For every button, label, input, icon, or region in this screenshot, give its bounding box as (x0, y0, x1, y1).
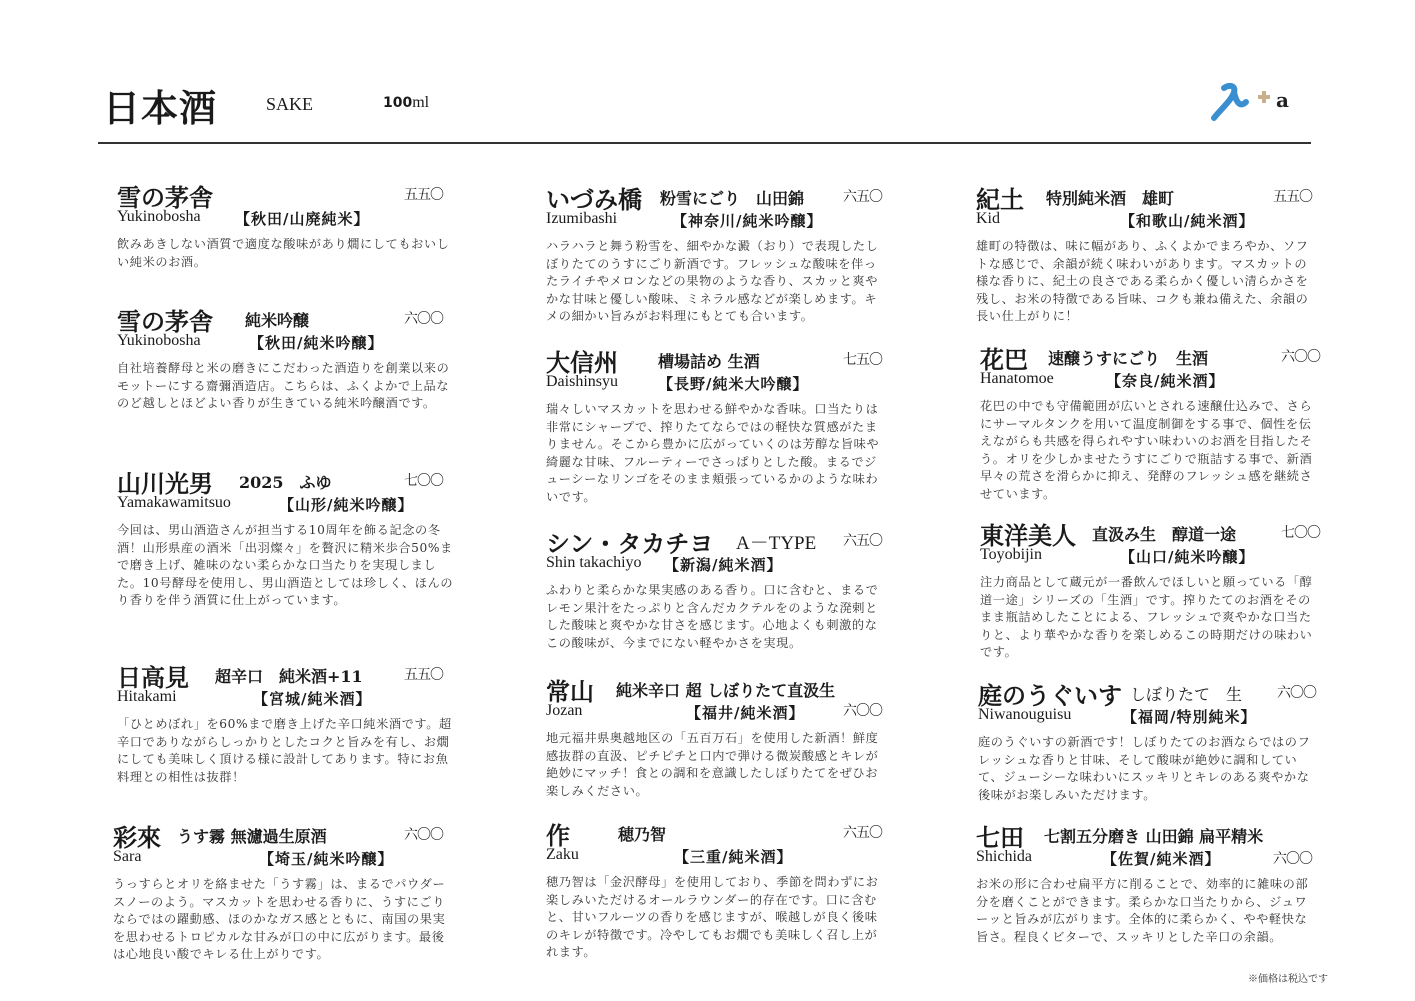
sake-subtitle: しぼりたて 生 (1130, 682, 1242, 705)
sake-subtitle: 純米吟醸 (245, 308, 309, 331)
sake-region: 【和歌山/純米酒】 (1120, 210, 1254, 231)
sake-subtitle: 特別純米酒 雄町 (1046, 186, 1174, 209)
sake-subtitle: 2025 ふゆ (239, 470, 332, 493)
sake-subtitle: 穂乃智 (618, 822, 666, 845)
sake-region: 【神奈川/純米吟醸】 (672, 210, 822, 231)
sake-region: 【埼玉/純米吟醸】 (259, 848, 393, 869)
sake-description: ハラハラと舞う粉雪を、細やかな澱（おり）で表現したしぼりたてのうすにごり新酒です… (546, 238, 886, 326)
sake-romaji: Shin takachiyo (546, 554, 642, 572)
sake-description: 瑞々しいマスカットを思わせる鮮やかな香味。口当たりは非常にシャープで、搾りたてな… (546, 401, 886, 506)
sake-description: ふわりと柔らかな果実感のある香り。口に含むと、まるでレモン果汁をたっぷりと含んだ… (546, 582, 886, 652)
sake-description: 自社培養酵母と米の磨きにこだわった酒造りを創業以来のモットーにする齋彌酒造店。こ… (117, 360, 457, 413)
page-title: 日本酒 (103, 78, 217, 132)
logo-mi-icon: a (1206, 80, 1316, 124)
menu-header: 日本酒 SAKE 100ml a (103, 78, 1313, 128)
sake-price: 六〇〇 (1277, 682, 1316, 702)
page-subtitle: SAKE (266, 94, 313, 115)
sake-price: 五五〇 (1273, 186, 1312, 206)
sake-price: 六〇〇 (1273, 848, 1312, 868)
menu-item: 彩來うす霧 無濾過生原酒六〇〇 Sara【埼玉/純米吟醸】 うっすらとオリを絡ま… (113, 818, 453, 964)
sake-subtitle: 速醸うすにごり 生酒 (1048, 346, 1208, 369)
sake-region: 【秋田/山廃純米】 (235, 208, 369, 229)
sake-romaji: Zaku (546, 846, 579, 864)
menu-item: 雪の茅舎純米吟醸六〇〇 Yukinobosha【秋田/純米吟醸】 自社培養酵母と… (117, 302, 457, 413)
sake-romaji: Jozan (546, 702, 582, 720)
sake-description: 穂乃智は「金沢酵母」を使用しており、季節を問わずにお楽しみいただけるオールラウン… (546, 874, 886, 962)
sake-romaji: Yukinobosha (117, 332, 201, 350)
sake-region: 【福井/純米酒】 (686, 702, 804, 723)
menu-item: 花巴速醸うすにごり 生酒六〇〇 Hanatomoe【奈良/純米酒】 花巴の中でも… (980, 340, 1320, 503)
sake-romaji: Niwanouguisu (978, 706, 1071, 724)
sake-price: 七五〇 (843, 349, 882, 369)
sake-subtitle: 直汲み生 醇道一途 (1092, 522, 1236, 545)
sake-region: 【福岡/特別純米】 (1122, 706, 1256, 727)
sake-subtitle: 七割五分磨き 山田錦 扁平精米 (1044, 824, 1263, 847)
sake-description: 「ひとめぼれ」を60%まで磨き上げた辛口純米酒です。超辛口でありながらしっかりと… (117, 716, 457, 786)
menu-item: 紀土特別純米酒 雄町五五〇 Kid【和歌山/純米酒】 雄町の特徴は、味に幅があり… (976, 180, 1316, 326)
sake-price: 六五〇 (843, 822, 882, 842)
sake-romaji: Kid (976, 210, 1000, 228)
menu-item: 大信州槽場詰め 生酒七五〇 Daishinsyu【長野/純米大吟醸】 瑞々しいマ… (546, 343, 886, 506)
sake-price: 六〇〇 (843, 700, 882, 720)
sake-price: 五五〇 (404, 664, 443, 684)
sake-subtitle: 超辛口 純米酒+11 (215, 664, 363, 687)
sake-region: 【山口/純米吟醸】 (1120, 546, 1254, 567)
sake-description: 飲みあきしない酒質で適度な酸味があり燗にしてもおいしい純米のお酒。 (117, 236, 457, 271)
svg-text:a: a (1276, 88, 1289, 112)
sake-description: 庭のうぐいすの新酒です！しぼりたてのお酒ならではのフレッシュな香りと甘味、そして… (978, 734, 1318, 804)
sake-description: 今回は、男山酒造さんが担当する10周年を飾る記念の冬酒！山形県産の酒米「出羽燦々… (117, 522, 457, 610)
sake-price: 五五〇 (404, 184, 443, 204)
sake-region: 【秋田/純米吟醸】 (249, 332, 383, 353)
sake-price: 七〇〇 (1281, 522, 1320, 542)
sake-price: 六〇〇 (404, 308, 443, 328)
menu-item: 常山純米辛口 超 しぼりたて直汲生 Jozan【福井/純米酒】六〇〇 地元福井県… (546, 672, 886, 800)
sake-subtitle: うす霧 無濾過生原酒 (177, 824, 327, 847)
sake-subtitle: 槽場詰め 生酒 (658, 349, 760, 372)
menu-item: シン・タカチヨA－TYPE六五〇 Shin takachiyo【新潟/純米酒】 … (546, 524, 886, 652)
sake-romaji: Daishinsyu (546, 373, 618, 391)
sake-subtitle: A－TYPE (736, 528, 816, 555)
sake-region: 【長野/純米大吟醸】 (658, 373, 808, 394)
sake-romaji: Toyobijin (980, 546, 1042, 564)
sake-price: 六〇〇 (1281, 346, 1320, 366)
sake-region: 【宮城/純米酒】 (253, 688, 371, 709)
menu-item: 雪の茅舎五五〇 Yukinobosha【秋田/山廃純米】 飲みあきしない酒質で適… (117, 178, 457, 271)
sake-region: 【佐賀/純米酒】 (1102, 848, 1220, 869)
brand-logo: a (1206, 80, 1316, 124)
sake-description: お米の形に合わせ扁平方に削ることで、効率的に雑味の部分を磨くことができます。柔ら… (976, 876, 1316, 946)
sake-romaji: Hitakami (117, 688, 177, 706)
sake-description: 注力商品として蔵元が一番飲んでほしいと願っている「醇道一途」シリーズの「生酒」で… (980, 574, 1320, 662)
menu-item: 七田七割五分磨き 山田錦 扁平精米 Shichida【佐賀/純米酒】六〇〇 お米… (976, 818, 1316, 946)
sake-description: 地元福井県奥越地区の「五百万石」を使用した新酒！鮮度感抜群の直汲、ピチピチと口内… (546, 730, 886, 800)
sake-price: 六五〇 (843, 530, 882, 550)
sake-price: 六〇〇 (404, 824, 443, 844)
tax-note: ※価格は税込です (1248, 970, 1328, 985)
sake-romaji: Shichida (976, 848, 1032, 866)
sake-region: 【新潟/純米酒】 (664, 554, 782, 575)
menu-item: いづみ橋粉雪にごり 山田錦六五〇 Izumibashi【神奈川/純米吟醸】 ハラ… (546, 180, 886, 326)
menu-item: 山川光男2025 ふゆ七〇〇 Yamakawamitsuo【山形/純米吟醸】 今… (117, 464, 457, 610)
sake-region: 【三重/純米酒】 (674, 846, 792, 867)
sake-region: 【山形/純米吟醸】 (279, 494, 413, 515)
sake-description: うっすらとオリを絡ませた「うす霧」は、まるでパウダースノーのよう。マスカットを思… (113, 876, 453, 964)
sake-price: 七〇〇 (404, 470, 443, 490)
sake-romaji: Sara (113, 848, 141, 866)
sake-price: 六五〇 (843, 186, 882, 206)
sake-romaji: Izumibashi (546, 210, 617, 228)
sake-subtitle: 粉雪にごり 山田錦 (660, 186, 804, 209)
header-divider (98, 142, 1311, 144)
menu-item: 庭のうぐいすしぼりたて 生六〇〇 Niwanouguisu【福岡/特別純米】 庭… (978, 676, 1318, 804)
serving-volume: 100ml (383, 94, 429, 112)
sake-romaji: Yamakawamitsuo (117, 494, 231, 512)
menu-item: 作穂乃智六五〇 Zaku【三重/純米酒】 穂乃智は「金沢酵母」を使用しており、季… (546, 816, 886, 962)
sake-subtitle: 純米辛口 超 しぼりたて直汲生 (616, 678, 835, 701)
menu-item: 日高見超辛口 純米酒+11五五〇 Hitakami【宮城/純米酒】 「ひとめぼれ… (117, 658, 457, 786)
sake-romaji: Yukinobosha (117, 208, 201, 226)
sake-description: 花巴の中でも守備範囲が広いとされる速醸仕込みで、さらにサーマルタンクを用いて温度… (980, 398, 1320, 503)
sake-region: 【奈良/純米酒】 (1106, 370, 1224, 391)
menu-item: 東洋美人直汲み生 醇道一途七〇〇 Toyobijin【山口/純米吟醸】 注力商品… (980, 516, 1320, 662)
sake-romaji: Hanatomoe (980, 370, 1054, 388)
sake-description: 雄町の特徴は、味に幅があり、ふくよかでまろやか、ソフトな感じで、余韻が続く味わい… (976, 238, 1316, 326)
